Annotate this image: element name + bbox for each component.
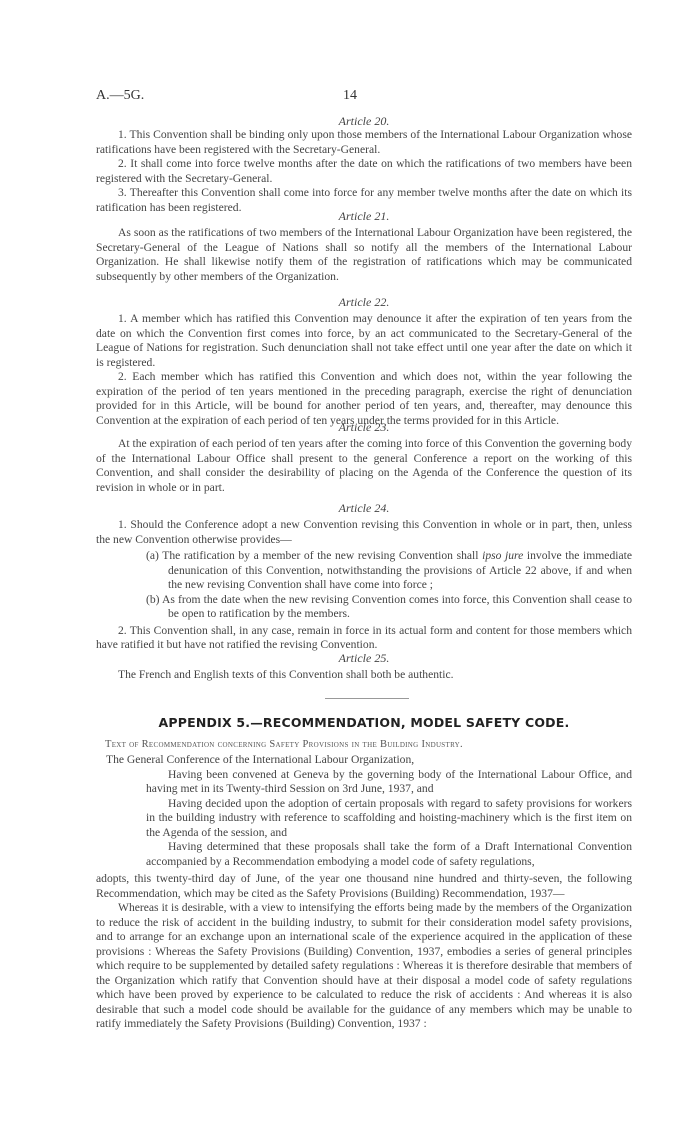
- article-23-body: At the expiration of each period of ten …: [96, 437, 632, 495]
- article-25-body: The French and English texts of this Con…: [96, 668, 632, 683]
- paragraph: Having been convened at Geneva by the go…: [146, 768, 632, 797]
- paragraph: adopts, this twenty-third day of June, o…: [96, 872, 632, 901]
- article-24-title: Article 24.: [96, 501, 632, 516]
- paragraph: Having decided upon the adoption of cert…: [146, 797, 632, 841]
- paragraph: Whereas it is desirable, with a view to …: [96, 901, 632, 1032]
- paragraph: The General Conference of the Internatio…: [96, 753, 632, 768]
- paragraph: Having determined that these proposals s…: [146, 840, 632, 869]
- paragraph: 1. A member which has ratified this Conv…: [96, 312, 632, 370]
- article-20-body: 1. This Convention shall be binding only…: [96, 128, 632, 215]
- article-21-title: Article 21.: [96, 209, 632, 224]
- article-22-title: Article 22.: [96, 295, 632, 310]
- appendix-preamble: The General Conference of the Internatio…: [96, 753, 632, 1032]
- appendix-subtitle: Text of Recommendation concerning Safety…: [105, 739, 645, 750]
- paragraph: 2. This Convention shall, in any case, r…: [96, 624, 632, 653]
- sub-clause-b: (b) As from the date when the new revisi…: [96, 593, 632, 622]
- paragraph: The French and English texts of this Con…: [96, 668, 632, 683]
- page-number: 14: [343, 88, 357, 104]
- article-22-body: 1. A member which has ratified this Conv…: [96, 312, 632, 428]
- appendix-title: APPENDIX 5.—RECOMMENDATION, MODEL SAFETY…: [96, 715, 632, 730]
- section-divider: [325, 698, 409, 699]
- document-page: A.—5G. 14 Article 20. 1. This Convention…: [0, 0, 700, 1143]
- paragraph: At the expiration of each period of ten …: [96, 437, 632, 495]
- sub-clause-a: (a) The ratification by a member of the …: [96, 549, 632, 593]
- article-21-body: As soon as the ratifications of two memb…: [96, 226, 632, 284]
- paragraph: As soon as the ratifications of two memb…: [96, 226, 632, 284]
- article-25-title: Article 25.: [96, 651, 632, 666]
- document-reference: A.—5G.: [96, 88, 144, 104]
- recitals: Having been convened at Geneva by the go…: [96, 768, 632, 870]
- article-20-title: Article 20.: [96, 114, 632, 129]
- article-23-title: Article 23.: [96, 420, 632, 435]
- paragraph: 1. This Convention shall be binding only…: [96, 128, 632, 157]
- article-24-body: 1. Should the Conference adopt a new Con…: [96, 518, 632, 653]
- paragraph: 2. It shall come into force twelve month…: [96, 157, 632, 186]
- paragraph: 1. Should the Conference adopt a new Con…: [96, 518, 632, 547]
